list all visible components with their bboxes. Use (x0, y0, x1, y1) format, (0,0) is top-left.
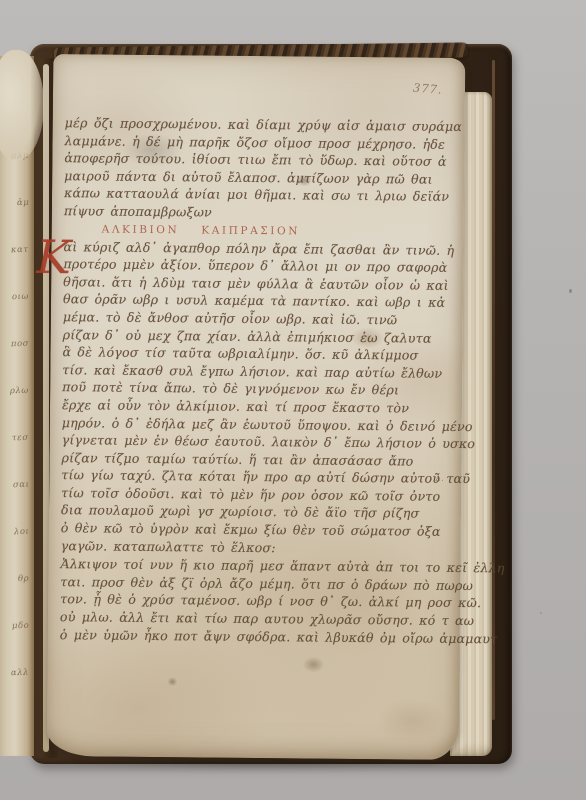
background-speck (569, 289, 572, 293)
text-fragment: μδο (12, 621, 30, 631)
text-line: ὁ μὲν ὑμῶν ἦκο ποτ ἄψν σφόδρα. καὶ λβυκά… (60, 626, 452, 647)
folio-number: 377. (413, 80, 444, 96)
photo-of-manuscript: σπ πλμ ἀμ κατ οιω ποσ ρλω τεσ σαι λοι θρ… (0, 0, 586, 800)
cover-edge-ridge (492, 60, 495, 720)
text-fragment: τεσ (12, 433, 29, 443)
text-fragment: θρ (18, 574, 29, 584)
rubric-word: ΚΑΙΠΡΑΣΙΟΝ (201, 224, 300, 237)
text-fragment: οιω (12, 292, 29, 302)
chapter-text: Κ λ. αὶ κύριζ αλδ᾽ ἀγαπθορ πόλην ἄρα ἔπι… (61, 238, 456, 558)
stain (377, 697, 447, 744)
text-fragment: σαι (12, 480, 29, 490)
facing-page-edge: σπ πλμ ἀμ κατ οιω ποσ ρλω τεσ σαι λοι θρ… (0, 56, 34, 756)
closing-paragraph: Ἀλκιψον τοί νυν ἥ κιο παρῆ μεσ ἅπαντ αὐτ… (60, 555, 453, 647)
text-fragment: λοι (14, 527, 30, 537)
text-fragment: κατ (11, 245, 29, 255)
text-line: γαγῶν. καταπωλαττε τὸ ἕλκοσ: (61, 537, 453, 558)
text-fragment: αλλ (11, 668, 29, 678)
facing-page-text-fragments: σπ πλμ ἀμ κατ οιω ποσ ρλω τεσ σαι λοι θρ… (0, 104, 29, 678)
text-fragment: ποσ (11, 339, 29, 349)
text-fragment: ἀμ (17, 198, 30, 208)
rubric-word: ΑΛΚΙΒΙΟΝ (102, 223, 180, 236)
background-speck (540, 612, 542, 614)
text-block: μέρ ὄζι προσχρωμένου. καὶ δίαμι χρύψ αἰσ… (60, 114, 457, 647)
stain (302, 656, 324, 672)
manuscript-page: 377. μέρ ὄζι προσχρωμένου. καὶ δίαμι χρύ… (47, 54, 466, 760)
text-fragment: ρλω (10, 386, 29, 396)
stain (167, 677, 177, 686)
